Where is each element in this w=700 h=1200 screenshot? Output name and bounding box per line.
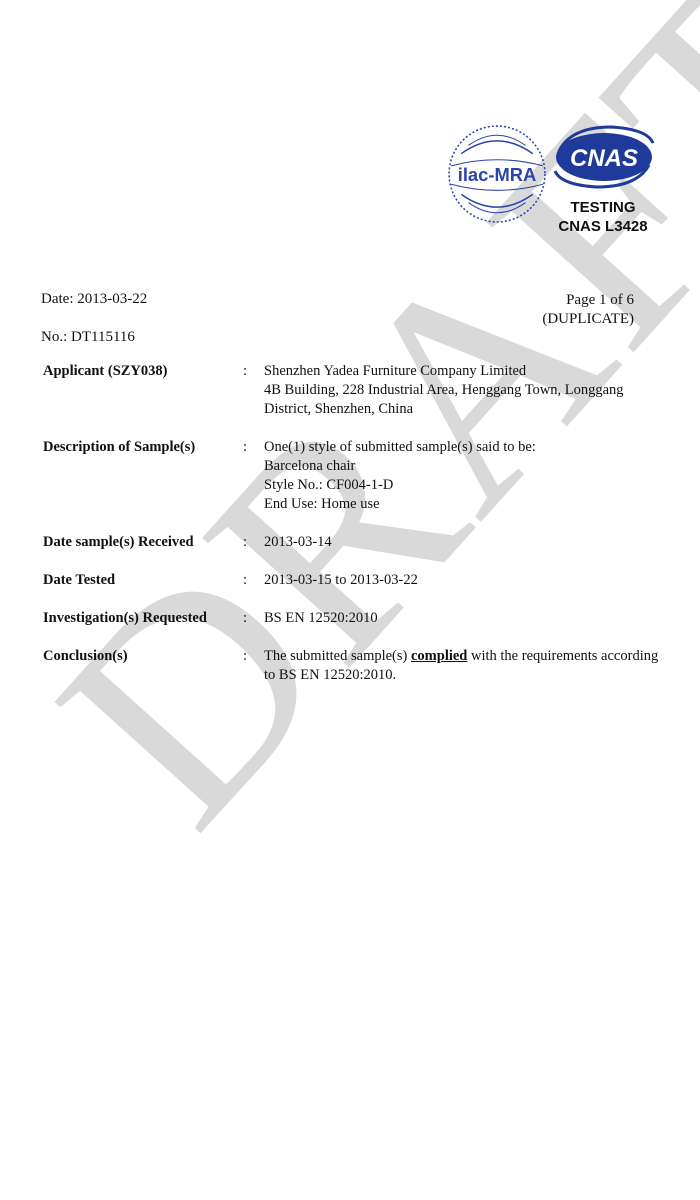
copy-type: (DUPLICATE) <box>542 310 634 329</box>
description-line: End Use: Home use <box>264 495 663 514</box>
field-investigation: Investigation(s) Requested : BS EN 12520… <box>43 609 663 628</box>
description-line: Style No.: CF004-1-D <box>264 476 663 495</box>
applicant-name: Shenzhen Yadea Furniture Company Limited <box>264 362 663 381</box>
svg-text:ilac-MRA: ilac-MRA <box>458 164 537 185</box>
field-label: Conclusion(s) <box>43 647 243 685</box>
field-separator: : <box>243 438 264 514</box>
field-value: The submitted sample(s) complied with th… <box>264 647 663 685</box>
report-number: No.: DT115116 <box>41 329 135 346</box>
field-value: 2013-03-14 <box>264 533 663 552</box>
field-separator: : <box>243 362 264 419</box>
field-value: One(1) style of submitted sample(s) said… <box>264 438 663 514</box>
field-label: Date sample(s) Received <box>43 533 243 552</box>
field-applicant: Applicant (SZY038) : Shenzhen Yadea Furn… <box>43 362 663 419</box>
page-number: Page 1 of 6 <box>542 291 634 310</box>
testing-label: TESTING <box>548 198 658 217</box>
page-info: Page 1 of 6 (DUPLICATE) <box>542 291 634 329</box>
field-separator: : <box>243 533 264 552</box>
field-label: Description of Sample(s) <box>43 438 243 514</box>
field-value: BS EN 12520:2010 <box>264 609 663 628</box>
accreditation-logos: ilac-MRA CNAS TESTING CNAS L3428 <box>443 118 658 243</box>
ilac-mra-logo-icon: ilac-MRA <box>446 123 548 225</box>
report-fields: Applicant (SZY038) : Shenzhen Yadea Furn… <box>43 362 663 704</box>
cnas-logo-icon: CNAS <box>551 121 657 193</box>
field-separator: : <box>243 609 264 628</box>
report-date: Date: 2013-03-22 <box>41 291 147 308</box>
description-line: Barcelona chair <box>264 457 663 476</box>
field-date-tested: Date Tested : 2013-03-15 to 2013-03-22 <box>43 571 663 590</box>
applicant-address: 4B Building, 228 Industrial Area, Hengga… <box>264 381 663 419</box>
field-label: Investigation(s) Requested <box>43 609 243 628</box>
field-separator: : <box>243 647 264 685</box>
field-description: Description of Sample(s) : One(1) style … <box>43 438 663 514</box>
cnas-number: CNAS L3428 <box>548 217 658 236</box>
description-line: One(1) style of submitted sample(s) said… <box>264 438 663 457</box>
cnas-accreditation-label: TESTING CNAS L3428 <box>548 198 658 236</box>
field-label: Date Tested <box>43 571 243 590</box>
field-separator: : <box>243 571 264 590</box>
conclusion-result: complied <box>411 648 467 664</box>
conclusion-text: The submitted sample(s) <box>264 648 411 664</box>
svg-text:CNAS: CNAS <box>570 145 638 172</box>
field-label: Applicant (SZY038) <box>43 362 243 419</box>
field-conclusion: Conclusion(s) : The submitted sample(s) … <box>43 647 663 685</box>
field-value: 2013-03-15 to 2013-03-22 <box>264 571 663 590</box>
field-date-received: Date sample(s) Received : 2013-03-14 <box>43 533 663 552</box>
field-value: Shenzhen Yadea Furniture Company Limited… <box>264 362 663 419</box>
